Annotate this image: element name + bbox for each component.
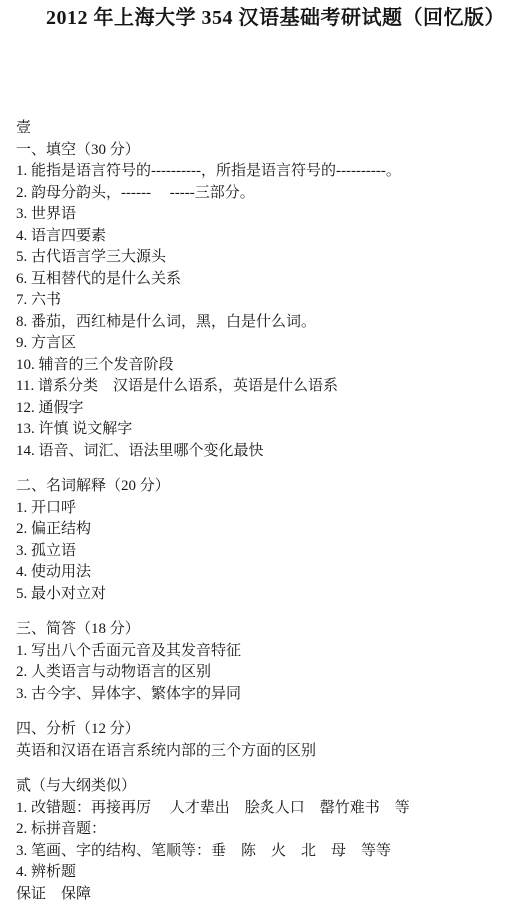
question-line: 2. 偏正结构 <box>16 519 512 541</box>
question-line: 8. 番茄，西红柿是什么词，黑，白是什么词。 <box>16 312 512 334</box>
question-line: 5. 最小对立对 <box>16 584 512 606</box>
question-line: 5. 古代语言学三大源头 <box>16 247 512 269</box>
question-line: 3. 古今字、异体字、繁体字的异同 <box>16 684 512 706</box>
exam-document-page: 2012 年上海大学 354 汉语基础考研试题（回忆版） 壹一、填空（30 分）… <box>0 0 520 924</box>
question-line: 保证 保障 <box>16 884 512 906</box>
question-line: 1. 能指是语言符号的----------，所指是语言符号的----------… <box>16 161 512 183</box>
question-line: 11. 谱系分类 汉语是什么语系，英语是什么语系 <box>16 376 512 398</box>
question-line: 6. 互相替代的是什么关系 <box>16 269 512 291</box>
section-label: 壹 <box>16 118 512 140</box>
question-line: 1. 开口呼 <box>16 498 512 520</box>
question-line: 2. 人类语言与动物语言的区别 <box>16 662 512 684</box>
question-line: 4. 语言四要素 <box>16 226 512 248</box>
blank-line <box>16 705 512 719</box>
question-line: 3. 世界语 <box>16 204 512 226</box>
question-line: 2. 标拼音题： <box>16 819 512 841</box>
blank-line <box>16 762 512 776</box>
question-line: 12. 通假字 <box>16 398 512 420</box>
question-line: 2. 韵母分韵头，------ -----三部分。 <box>16 183 512 205</box>
question-line: 13. 许慎 说文解字 <box>16 419 512 441</box>
group-heading: 二、名词解释（20 分） <box>16 476 512 498</box>
document-title: 2012 年上海大学 354 汉语基础考研试题（回忆版） <box>0 0 520 30</box>
blank-line <box>16 462 512 476</box>
question-line: 4. 辨析题 <box>16 862 512 884</box>
question-line: 7. 六书 <box>16 290 512 312</box>
question-line: 14. 语音、词汇、语法里哪个变化最快 <box>16 441 512 463</box>
question-line: 4. 使动用法 <box>16 562 512 584</box>
question-line: 10. 辅音的三个发音阶段 <box>16 355 512 377</box>
question-line: 3. 笔画、字的结构、笔顺等：垂 陈 火 北 母 等等 <box>16 841 512 863</box>
question-line: 英语和汉语在语言系统内部的三个方面的区别 <box>16 741 512 763</box>
group-heading: 四、分析（12 分） <box>16 719 512 741</box>
question-line: 9. 方言区 <box>16 333 512 355</box>
blank-line <box>16 605 512 619</box>
document-body: 壹一、填空（30 分）1. 能指是语言符号的----------，所指是语言符号… <box>16 118 512 905</box>
question-line: 3. 孤立语 <box>16 541 512 563</box>
group-heading: 三、简答（18 分） <box>16 619 512 641</box>
group-heading: 一、填空（30 分） <box>16 140 512 162</box>
section-label: 贰（与大纲类似） <box>16 776 512 798</box>
question-line: 1. 写出八个舌面元音及其发音特征 <box>16 641 512 663</box>
question-line: 1. 改错题：再接再厉 人才辈出 脍炙人口 罄竹难书 等 <box>16 798 512 820</box>
